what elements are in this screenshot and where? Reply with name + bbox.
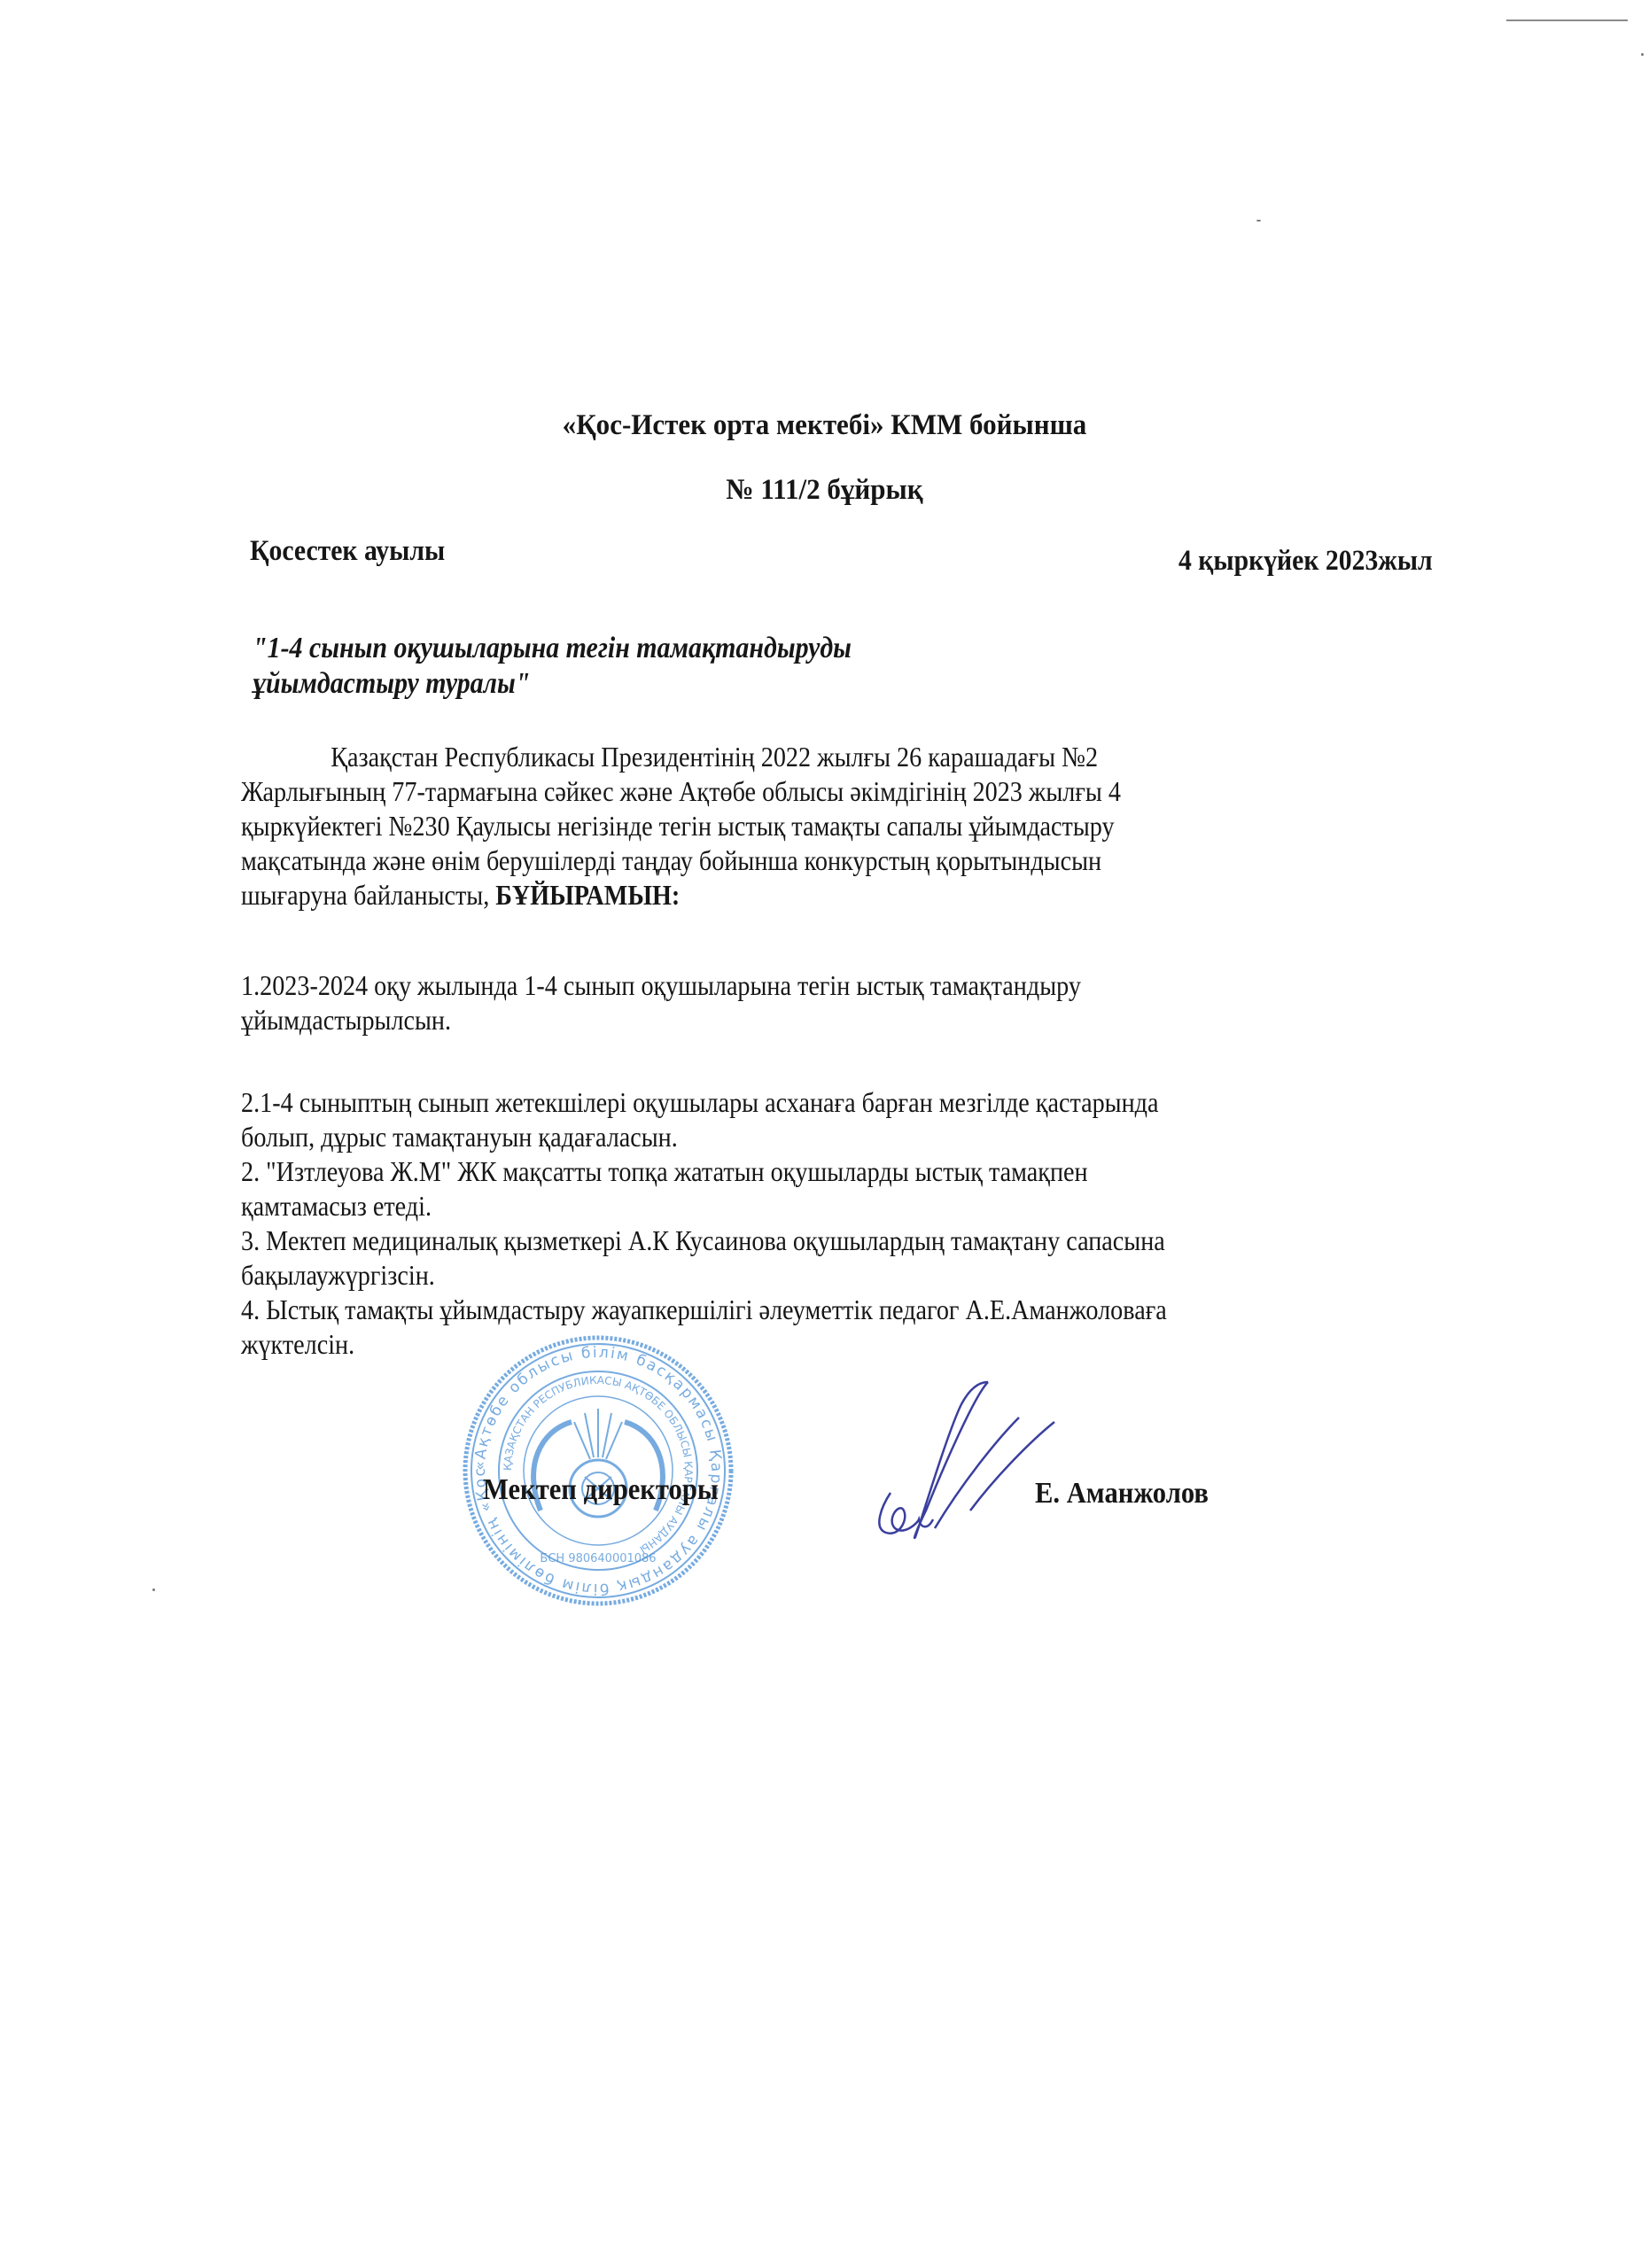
item-line: жүктелсін. bbox=[241, 1327, 1349, 1362]
preamble-line-text: шығаруна байланысты, bbox=[241, 879, 489, 911]
svg-text:ҚАЗАҚСТАН РЕСПУБЛИКАСЫ АҚТӨБЕ: ҚАЗАҚСТАН РЕСПУБЛИКАСЫ АҚТӨБЕ ОБЛЫСЫ ҚАР… bbox=[502, 1374, 695, 1556]
item-line: қамтамасыз етеді. bbox=[241, 1189, 1349, 1223]
organization-heading: «Қос-Истек орта мектебі» КММ бойынша bbox=[50, 409, 1599, 442]
item-line: 2. "Изтлеуова Ж.М" ЖК мақсатты топқа жат… bbox=[241, 1154, 1349, 1189]
preamble-paragraph: Қазақстан Республикасы Президентінің 202… bbox=[241, 740, 1499, 913]
signature-icon bbox=[864, 1378, 1068, 1546]
subject-line: "1-4 сынып оқушыларына тегін тамақтандыр… bbox=[253, 631, 852, 666]
place-name: Қосестек ауылы bbox=[250, 535, 445, 568]
item-line: 2.1-4 сыныптың сынып жетекшілері оқушыла… bbox=[241, 1085, 1349, 1120]
order-items-list: 2.1-4 сыныптың сынып жетекшілері оқушыла… bbox=[241, 1085, 1499, 1362]
preamble-line: мақсатында және өнім берушілерді таңдау … bbox=[241, 843, 1349, 878]
preamble-line: қыркүйектегі №230 Қаулысы негізінде тегі… bbox=[241, 809, 1349, 843]
item-line: ұйымдастырылсын. bbox=[241, 1003, 1349, 1037]
scan-speck bbox=[1256, 220, 1261, 221]
item-line: 3. Мектеп медициналық қызметкері А.К Кус… bbox=[241, 1223, 1349, 1258]
scan-speck bbox=[152, 1588, 155, 1591]
order-item-1: 1.2023-2024 оқу жылында 1-4 сынып оқушыл… bbox=[241, 968, 1499, 1037]
item-line: 1.2023-2024 оқу жылында 1-4 сынып оқушыл… bbox=[241, 968, 1349, 1003]
signatory-name: Е. Аманжолов bbox=[1035, 1477, 1209, 1511]
order-subject: "1-4 сынып оқушыларына тегін тамақтандыр… bbox=[253, 631, 852, 702]
item-line: болып, дұрыс тамақтануын қадағаласын. bbox=[241, 1120, 1349, 1154]
order-number: № 111/2 бұйрық bbox=[50, 474, 1599, 507]
item-line: 4. Ыстық тамақты ұйымдастыру жауапкершіл… bbox=[241, 1293, 1349, 1327]
preamble-line: Жарлығының 77-тармағына сәйкес және Ақтө… bbox=[241, 774, 1349, 809]
signatory-position: Мектеп директоры bbox=[483, 1473, 719, 1507]
order-date: 4 қыркүйек 2023жыл bbox=[1178, 545, 1433, 578]
item-line: бақылаужүргізсін. bbox=[241, 1258, 1349, 1293]
order-keyword: БҰЙЫРАМЫН: bbox=[495, 879, 680, 911]
preamble-line: Қазақстан Республикасы Президентінің 202… bbox=[241, 740, 1349, 774]
subject-line: ұйымдастыру туралы" bbox=[253, 666, 852, 702]
scan-artifact-line bbox=[1506, 19, 1628, 21]
preamble-line: шығаруна байланысты, БҰЙЫРАМЫН: bbox=[241, 878, 1349, 913]
scan-speck bbox=[1641, 53, 1644, 56]
svg-text:БСН 980640001086: БСН 980640001086 bbox=[540, 1552, 656, 1565]
official-stamp-icon: «Ақтөбе облысы білім басқармасы Қарғалы … bbox=[461, 1333, 735, 1608]
